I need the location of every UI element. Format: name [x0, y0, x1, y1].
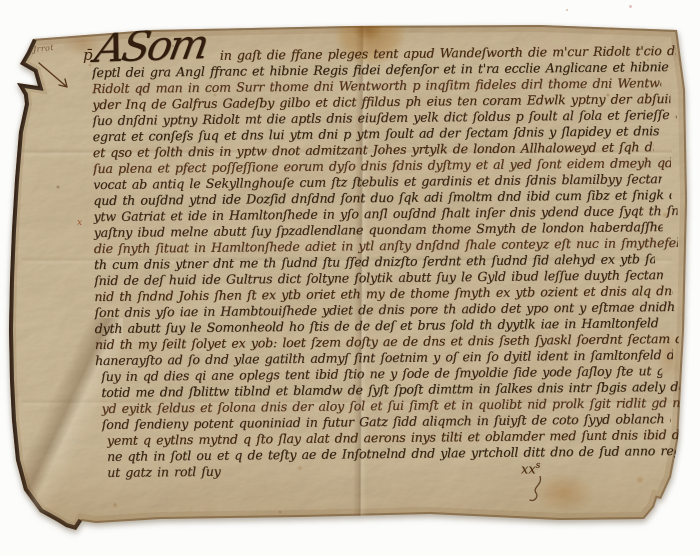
- parchment-shadow: in gaſt die ffane pleges tent apud Wande…: [0, 0, 700, 556]
- edge-vignette: [0, 0, 700, 556]
- parchment-sheet: in gaſt die ffane pleges tent apud Wande…: [0, 0, 700, 556]
- manuscript-photo: in gaſt die ffane pleges tent apud Wande…: [0, 0, 700, 556]
